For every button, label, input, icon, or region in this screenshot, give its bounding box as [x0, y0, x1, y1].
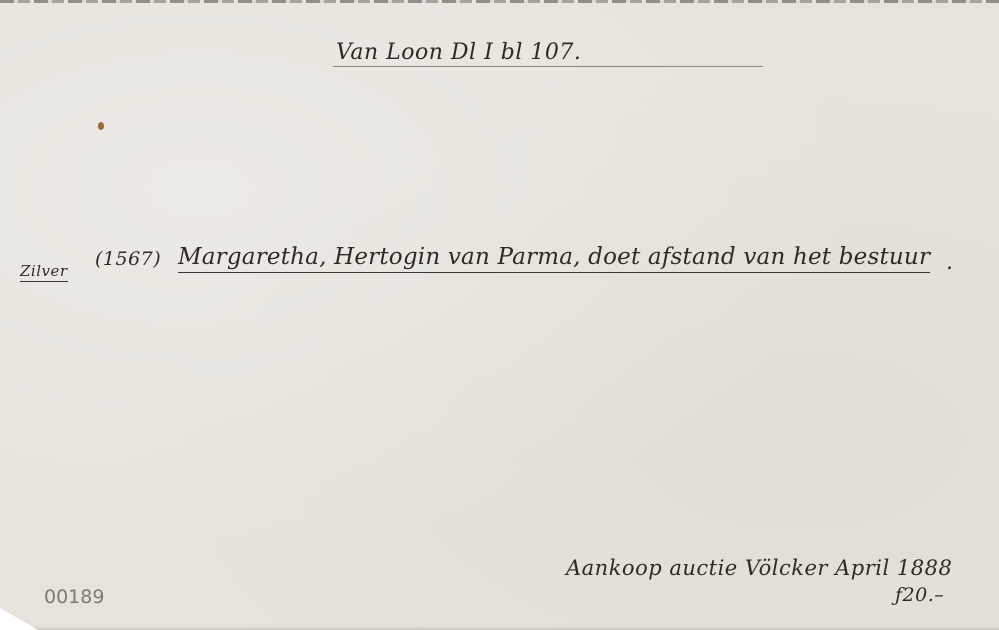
year-label: (1567) — [95, 248, 161, 270]
ink-stain — [98, 122, 104, 130]
torn-corner — [0, 608, 38, 630]
entry-description: Margaretha, Hertogin van Parma, doet afs… — [178, 244, 930, 273]
reference-heading: Van Loon Dl I bl 107. — [336, 40, 581, 65]
catalog-card: Van Loon Dl I bl 107. Zilver (1567) Marg… — [0, 0, 999, 630]
description-period: . — [946, 250, 954, 275]
header-rule — [333, 66, 763, 67]
inventory-number: 00189 — [44, 586, 104, 608]
scan-top-edge — [0, 0, 999, 3]
category-label: Zilver — [20, 262, 68, 282]
scan-bottom-edge — [0, 626, 999, 630]
acquisition-price: ƒ20.– — [895, 584, 944, 606]
acquisition-note: Aankoop auctie Völcker April 1888 — [566, 556, 952, 580]
